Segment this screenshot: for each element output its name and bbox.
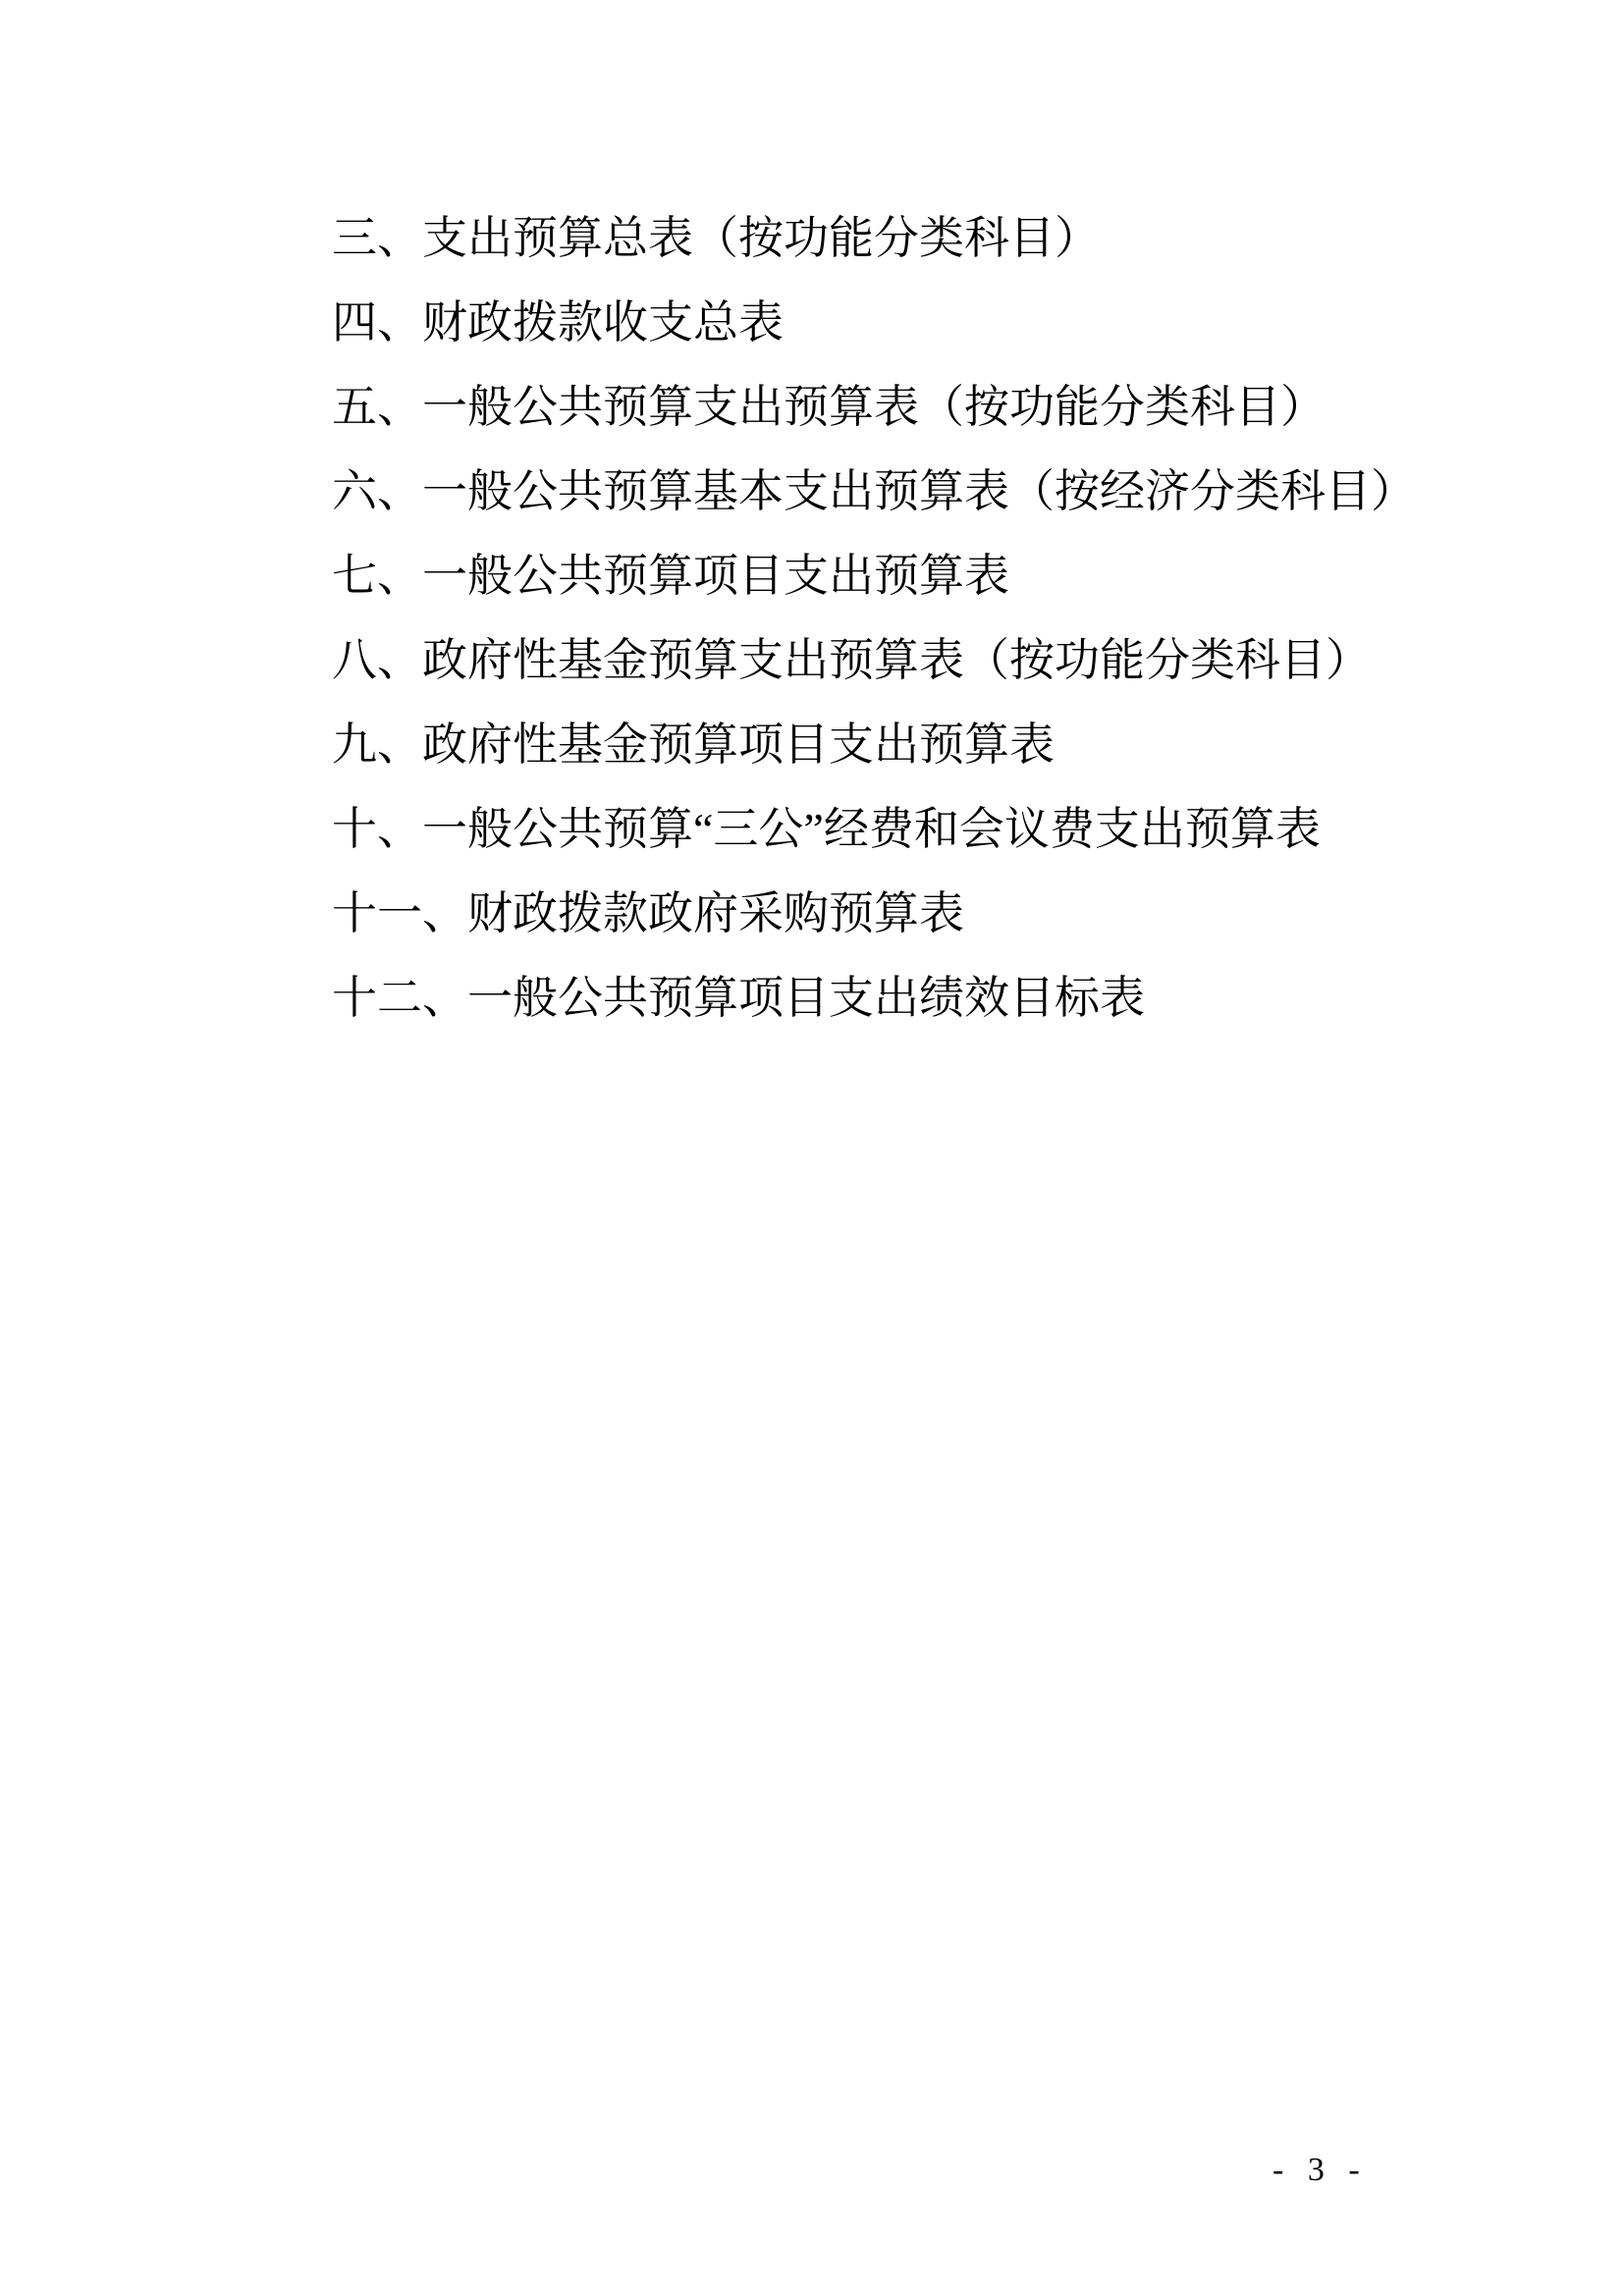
toc-item-3: 三、支出预算总表（按功能分类科目） <box>332 196 1416 281</box>
toc-item-6: 六、一般公共预算基本支出预算表（按经济分类科目） <box>332 450 1416 534</box>
toc-item-11: 十一、财政拨款政府采购预算表 <box>332 872 1416 956</box>
toc-item-5: 五、一般公共预算支出预算表（按功能分类科目） <box>332 365 1416 450</box>
toc-item-7: 七、一般公共预算项目支出预算表 <box>332 534 1416 618</box>
toc-item-10: 十、一般公共预算“三公”经费和会议费支出预算表 <box>332 787 1416 872</box>
toc-item-8: 八、政府性基金预算支出预算表（按功能分类科目） <box>332 618 1416 703</box>
toc-item-9: 九、政府性基金预算项目支出预算表 <box>332 703 1416 787</box>
toc-item-4: 四、财政拨款收支总表 <box>332 281 1416 365</box>
page-number: - 3 - <box>1272 2152 1368 2189</box>
document-page: 三、支出预算总表（按功能分类科目） 四、财政拨款收支总表 五、一般公共预算支出预… <box>0 0 1624 2296</box>
toc-list: 三、支出预算总表（按功能分类科目） 四、财政拨款收支总表 五、一般公共预算支出预… <box>332 196 1416 1041</box>
toc-item-12: 十二、一般公共预算项目支出绩效目标表 <box>332 956 1416 1041</box>
